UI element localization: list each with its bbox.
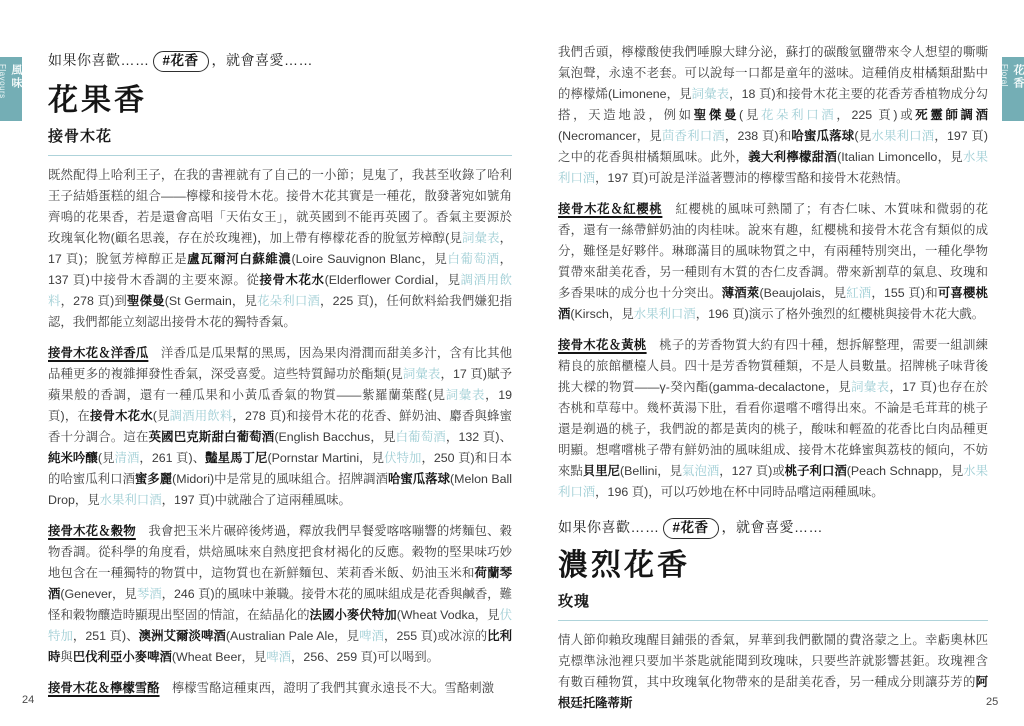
bold-term: 桃子利口酒 [785,464,847,478]
bold-term: 蜜多麗 [135,472,172,486]
paragraph-heading: 接骨木花＆紅櫻桃 [558,202,662,216]
text-run: 檸檬雪酪這種東西，證明了我們其實永遠長不大。雪酪刺激 [160,681,495,695]
bold-term: 貝里尼 [583,464,620,478]
paragraph-heading: 接骨木花＆黃桃 [558,338,647,352]
hashtag-pill: #花香 [663,518,719,539]
text-run: ，127 頁)或 [719,464,784,478]
paragraph-heading: 接骨木花＆穀物 [48,524,136,538]
side-tab-flavours: Flavours 風味 [0,57,22,121]
bold-term: 法國小麥伏特加 [310,608,397,622]
text-run: ，132 頁)、 [446,430,512,444]
text-run: ，278 頁)到 [61,294,127,308]
bold-term: 哈蜜瓜落球 [388,472,450,486]
body-paragraph: 接骨木花＆穀物 我會把玉米片碾碎後烤過，釋放我們早餐愛喀喀嘣響的烤麵包、穀物香調… [48,521,512,668]
text-run: (Loire Sauvignon Blanc，見 [291,252,447,266]
text-run: ，238 頁)和 [725,129,791,143]
text-run: ，155 頁)和 [871,286,937,300]
text-run: (St Germain，見 [165,294,257,308]
section-heading: 玫瑰 [558,593,988,621]
text-run: (Pornstar Martini，見 [267,451,384,465]
text-run: (English Bacchus，見 [274,430,395,444]
text-run: (Beaujolais，見 [760,286,847,300]
text-run: (Kirsch，見 [570,307,633,321]
text-run: (見 [854,129,871,143]
body-paragraph: 接骨木花＆檸檬雪酪 檸檬雪酪這種東西，證明了我們其實永遠長不大。雪酪刺激 [48,678,512,699]
body-paragraph: 接骨木花＆紅櫻桃 紅櫻桃的風味可熱鬧了；有杏仁味、木質味和微弱的花香，還有一絲帶… [558,199,988,325]
cross-reference-link: 清酒 [114,451,139,465]
cross-reference-link: 花朵利口酒 [761,108,836,122]
text-run: 既然配得上哈利王子，在我的書裡就有了自己的一小節；見鬼了，我甚至收錄了哈利王子結… [48,168,512,245]
bold-term: 純米吟釀 [48,451,98,465]
bold-term: 豔星馬丁尼 [205,451,267,465]
right-page: 我們舌頭，檸檬酸使我們唾腺大肆分泌，蘇打的碳酸氫鹽帶來令人想望的嘶嘶氣泡聲，永遠… [558,42,988,724]
body-paragraph: 既然配得上哈利王子，在我的書裡就有了自己的一小節；見鬼了，我甚至收錄了哈利王子結… [48,165,512,333]
bold-term: 接骨木花水 [260,273,325,287]
cross-reference-link: 白葡萄酒 [396,430,446,444]
text-run: (Bellini，見 [620,464,682,478]
bold-term: 哈蜜瓜落球 [791,129,854,143]
body-paragraph: 接骨木花＆黃桃 桃子的芳香物質大約有四十種，想拆解整理，需要一組訓練精良的旅館櫃… [558,335,988,503]
text-run: (Midori)中是常見的風味組合。招牌調酒 [172,472,388,486]
cross-reference-link: 詞彙表 [403,367,441,381]
cross-reference-link: 詞彙表 [851,380,889,394]
body-paragraph: 情人節仰賴玫瑰醒目鋪張的香氣，昇華到我們歡鬧的費洛蒙之上。幸虧奧林匹克標準泳池裡… [558,630,988,714]
text-run: ，197 頁)可說是洋溢著豐沛的檸檬雪酪和接骨木花熱情。 [595,171,908,185]
bold-term: 聖傑曼 [694,108,739,122]
tab-label-zh: 花香 [1010,64,1024,121]
tab-label-en: Floral [1000,64,1009,121]
cross-reference-link: 花朵利口酒 [257,294,320,308]
text-run: ，256、259 頁)可以喝到。 [291,650,439,664]
kicker-post: ，就會喜愛…… [212,52,314,68]
cross-reference-link: 水果利口酒 [100,493,162,507]
bold-term: 盧瓦爾河白蘇維濃 [187,252,291,266]
cross-reference-link: 氣泡酒 [682,464,719,478]
section-heading: 接骨木花 [48,128,512,156]
bold-term: 薄酒萊 [722,286,760,300]
kicker-pre: 如果你喜歡…… [558,519,660,535]
cross-reference-link: 伏特加 [384,451,421,465]
text-run: (見 [98,451,115,465]
text-run: (Peach Schnapp，見 [847,464,963,478]
text-run: (Genever，見 [60,587,136,601]
kicker-line: 如果你喜歡……#花香，就會喜愛…… [48,50,512,72]
cross-reference-link: 詞彙表 [462,231,500,245]
body-paragraph: 接骨木花＆洋香瓜 洋香瓜是瓜果幫的黑馬，因為果肉滑潤而甜美多汁，含有比其他品種更… [48,343,512,511]
cross-reference-link: 詞彙表 [446,388,485,402]
cross-reference-link: 水果利口酒 [634,307,696,321]
text-run: ，251 頁)、 [73,629,139,643]
bold-term: 義大利檸檬甜酒 [748,150,837,164]
paragraph-heading: 接骨木花＆檸檬雪酪 [48,681,160,695]
text-run: (Italian Limoncello，見 [837,150,963,164]
bold-term: 英國巴克斯甜白葡萄酒 [149,430,275,444]
text-run: ，225 頁)或 [836,108,915,122]
hashtag-pill: #花香 [153,51,209,72]
text-run: 情人節仰賴玫瑰醒目鋪張的香氣，昇華到我們歡鬧的費洛蒙之上。幸虧奧林匹克標準泳池裡… [558,633,988,689]
tab-label-en: Flavours [0,64,7,121]
text-run: (Australian Pale Ale，見 [226,629,359,643]
text-run: (見 [739,108,761,122]
page-title: 濃烈花香 [558,549,988,583]
text-run: ，196 頁)演示了格外強烈的紅櫻桃與接骨木花大戲。 [696,307,984,321]
text-run: (見 [153,409,170,423]
text-run: (Wheat Beer，見 [172,650,266,664]
page-number-right: 25 [986,696,998,708]
text-run: (Wheat Vodka，見 [397,608,500,622]
cross-reference-link: 啤酒 [266,650,291,664]
tab-label-zh: 風味 [8,64,24,121]
cross-reference-link: 詞彙表 [692,87,730,101]
text-run: ，197 頁)中就融合了這兩種風味。 [162,493,351,507]
text-run: 與 [60,650,72,664]
kicker-pre: 如果你喜歡…… [48,52,150,68]
cross-reference-link: 啤酒 [359,629,384,643]
text-run: (Necromancer，見 [558,129,662,143]
page-number-left: 24 [22,694,34,706]
bold-term: 巴伐利亞小麥啤酒 [73,650,172,664]
cross-reference-link: 琴酒 [137,587,162,601]
kicker-post: ，就會喜愛…… [722,519,824,535]
text-run: ，255 頁)或冰涼的 [384,629,487,643]
page-title: 花果香 [48,84,512,118]
text-run: (Elderflower Cordial，見 [325,273,461,287]
cross-reference-link: 茴香利口酒 [662,129,725,143]
body-paragraph: 我們舌頭，檸檬酸使我們唾腺大肆分泌，蘇打的碳酸氫鹽帶來令人想望的嘶嘶氣泡聲，永遠… [558,42,988,189]
kicker-line: 如果你喜歡……#花香，就會喜愛…… [558,517,988,539]
left-page: 如果你喜歡……#花香，就會喜愛…… 花果香 接骨木花 既然配得上哈利王子，在我的… [48,50,512,709]
text-run: ，261 頁)、 [139,451,205,465]
cross-reference-link: 水果利口酒 [871,129,934,143]
side-tab-floral: Floral 花香 [1002,57,1024,121]
cross-reference-link: 白葡萄酒 [448,252,500,266]
cross-reference-link: 調酒用飲料 [170,409,233,423]
text-run: ，196 頁)，可以巧妙地在杯中同時品嚐這兩種風味。 [595,485,883,499]
bold-term: 死靈師調酒 [915,108,988,122]
bold-term: 聖傑曼 [127,294,165,308]
bold-term: 澳洲艾爾淡啤酒 [139,629,226,643]
paragraph-heading: 接骨木花＆洋香瓜 [48,346,148,360]
cross-reference-link: 紅酒 [846,286,871,300]
bold-term: 接骨木花水 [90,409,153,423]
